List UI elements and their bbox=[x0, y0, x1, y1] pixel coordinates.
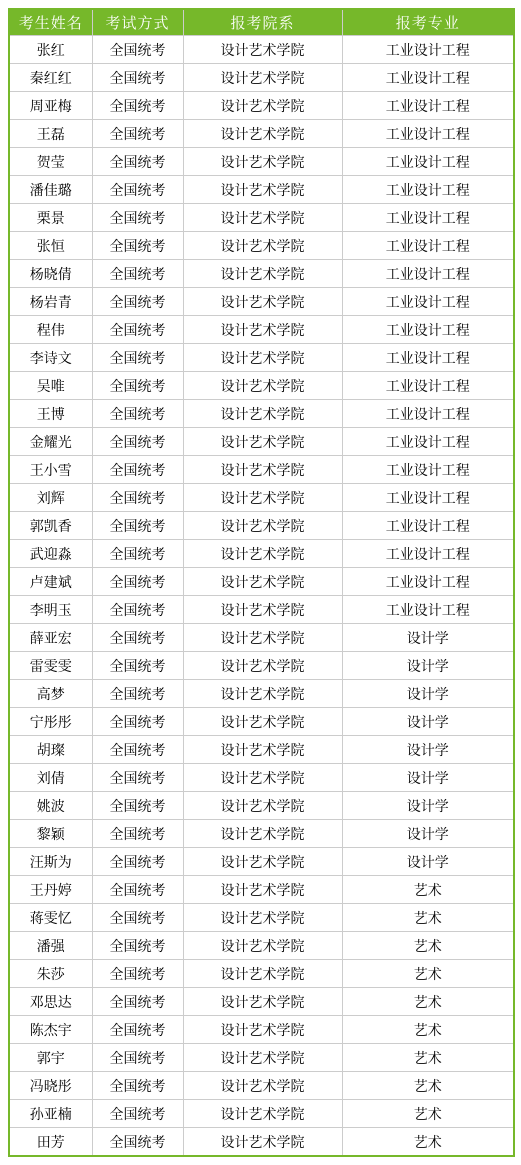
header-department: 报考院系 bbox=[183, 9, 342, 36]
major-cell: 工业设计工程 bbox=[342, 428, 514, 456]
department-cell: 设计艺术学院 bbox=[183, 792, 342, 820]
major-cell: 工业设计工程 bbox=[342, 260, 514, 288]
department-cell: 设计艺术学院 bbox=[183, 372, 342, 400]
candidate-name-cell: 王丹婷 bbox=[9, 876, 92, 904]
exam-method-cell: 全国统考 bbox=[92, 1016, 183, 1044]
major-cell: 工业设计工程 bbox=[342, 344, 514, 372]
major-cell: 工业设计工程 bbox=[342, 288, 514, 316]
table-row: 雷雯雯全国统考设计艺术学院设计学 bbox=[9, 652, 514, 680]
major-cell: 工业设计工程 bbox=[342, 568, 514, 596]
exam-method-cell: 全国统考 bbox=[92, 792, 183, 820]
candidate-name-cell: 郭宇 bbox=[9, 1044, 92, 1072]
exam-method-cell: 全国统考 bbox=[92, 876, 183, 904]
department-cell: 设计艺术学院 bbox=[183, 1072, 342, 1100]
exam-method-cell: 全国统考 bbox=[92, 232, 183, 260]
major-cell: 工业设计工程 bbox=[342, 36, 514, 64]
table-row: 张恒全国统考设计艺术学院工业设计工程 bbox=[9, 232, 514, 260]
major-cell: 工业设计工程 bbox=[342, 456, 514, 484]
candidate-name-cell: 雷雯雯 bbox=[9, 652, 92, 680]
department-cell: 设计艺术学院 bbox=[183, 344, 342, 372]
department-cell: 设计艺术学院 bbox=[183, 848, 342, 876]
exam-method-cell: 全国统考 bbox=[92, 260, 183, 288]
candidate-name-cell: 潘强 bbox=[9, 932, 92, 960]
table-row: 刘辉全国统考设计艺术学院工业设计工程 bbox=[9, 484, 514, 512]
table-row: 胡璨全国统考设计艺术学院设计学 bbox=[9, 736, 514, 764]
department-cell: 设计艺术学院 bbox=[183, 820, 342, 848]
table-row: 栗景全国统考设计艺术学院工业设计工程 bbox=[9, 204, 514, 232]
department-cell: 设计艺术学院 bbox=[183, 148, 342, 176]
major-cell: 艺术 bbox=[342, 904, 514, 932]
exam-method-cell: 全国统考 bbox=[92, 960, 183, 988]
candidate-name-cell: 刘倩 bbox=[9, 764, 92, 792]
exam-method-cell: 全国统考 bbox=[92, 736, 183, 764]
department-cell: 设计艺术学院 bbox=[183, 316, 342, 344]
candidate-name-cell: 李明玉 bbox=[9, 596, 92, 624]
table-row: 李明玉全国统考设计艺术学院工业设计工程 bbox=[9, 596, 514, 624]
major-cell: 设计学 bbox=[342, 792, 514, 820]
exam-method-cell: 全国统考 bbox=[92, 64, 183, 92]
candidate-name-cell: 潘佳璐 bbox=[9, 176, 92, 204]
department-cell: 设计艺术学院 bbox=[183, 204, 342, 232]
department-cell: 设计艺术学院 bbox=[183, 232, 342, 260]
table-row: 邓思达全国统考设计艺术学院艺术 bbox=[9, 988, 514, 1016]
candidates-table: 考生姓名 考试方式 报考院系 报考专业 张红全国统考设计艺术学院工业设计工程秦红… bbox=[8, 8, 515, 1157]
exam-method-cell: 全国统考 bbox=[92, 1072, 183, 1100]
table-header: 考生姓名 考试方式 报考院系 报考专业 bbox=[9, 9, 514, 36]
header-row: 考生姓名 考试方式 报考院系 报考专业 bbox=[9, 9, 514, 36]
major-cell: 工业设计工程 bbox=[342, 64, 514, 92]
exam-method-cell: 全国统考 bbox=[92, 344, 183, 372]
exam-method-cell: 全国统考 bbox=[92, 372, 183, 400]
department-cell: 设计艺术学院 bbox=[183, 512, 342, 540]
table-row: 郭凯香全国统考设计艺术学院工业设计工程 bbox=[9, 512, 514, 540]
major-cell: 工业设计工程 bbox=[342, 148, 514, 176]
exam-method-cell: 全国统考 bbox=[92, 820, 183, 848]
table-row: 卢建斌全国统考设计艺术学院工业设计工程 bbox=[9, 568, 514, 596]
candidate-name-cell: 王博 bbox=[9, 400, 92, 428]
candidate-name-cell: 高梦 bbox=[9, 680, 92, 708]
major-cell: 设计学 bbox=[342, 652, 514, 680]
department-cell: 设计艺术学院 bbox=[183, 540, 342, 568]
exam-method-cell: 全国统考 bbox=[92, 988, 183, 1016]
department-cell: 设计艺术学院 bbox=[183, 680, 342, 708]
department-cell: 设计艺术学院 bbox=[183, 176, 342, 204]
header-exam-method: 考试方式 bbox=[92, 9, 183, 36]
department-cell: 设计艺术学院 bbox=[183, 652, 342, 680]
table-row: 武迎淼全国统考设计艺术学院工业设计工程 bbox=[9, 540, 514, 568]
candidate-name-cell: 孙亚楠 bbox=[9, 1100, 92, 1128]
table-row: 高梦全国统考设计艺术学院设计学 bbox=[9, 680, 514, 708]
department-cell: 设计艺术学院 bbox=[183, 568, 342, 596]
table-row: 汪斯为全国统考设计艺术学院设计学 bbox=[9, 848, 514, 876]
major-cell: 设计学 bbox=[342, 848, 514, 876]
candidate-name-cell: 李诗文 bbox=[9, 344, 92, 372]
major-cell: 设计学 bbox=[342, 680, 514, 708]
department-cell: 设计艺术学院 bbox=[183, 960, 342, 988]
major-cell: 工业设计工程 bbox=[342, 484, 514, 512]
table-row: 李诗文全国统考设计艺术学院工业设计工程 bbox=[9, 344, 514, 372]
major-cell: 工业设计工程 bbox=[342, 400, 514, 428]
candidate-name-cell: 蒋雯忆 bbox=[9, 904, 92, 932]
table-row: 王博全国统考设计艺术学院工业设计工程 bbox=[9, 400, 514, 428]
exam-method-cell: 全国统考 bbox=[92, 904, 183, 932]
candidate-name-cell: 陈杰宇 bbox=[9, 1016, 92, 1044]
table-row: 王小雪全国统考设计艺术学院工业设计工程 bbox=[9, 456, 514, 484]
exam-method-cell: 全国统考 bbox=[92, 176, 183, 204]
major-cell: 工业设计工程 bbox=[342, 204, 514, 232]
major-cell: 设计学 bbox=[342, 820, 514, 848]
candidate-name-cell: 宁彤彤 bbox=[9, 708, 92, 736]
candidate-name-cell: 张恒 bbox=[9, 232, 92, 260]
major-cell: 工业设计工程 bbox=[342, 372, 514, 400]
major-cell: 艺术 bbox=[342, 1128, 514, 1157]
exam-method-cell: 全国统考 bbox=[92, 1044, 183, 1072]
table-row: 孙亚楠全国统考设计艺术学院艺术 bbox=[9, 1100, 514, 1128]
department-cell: 设计艺术学院 bbox=[183, 876, 342, 904]
candidate-name-cell: 黎颖 bbox=[9, 820, 92, 848]
department-cell: 设计艺术学院 bbox=[183, 1128, 342, 1157]
department-cell: 设计艺术学院 bbox=[183, 92, 342, 120]
table-row: 金耀光全国统考设计艺术学院工业设计工程 bbox=[9, 428, 514, 456]
department-cell: 设计艺术学院 bbox=[183, 1100, 342, 1128]
table-row: 蒋雯忆全国统考设计艺术学院艺术 bbox=[9, 904, 514, 932]
candidate-name-cell: 贺莹 bbox=[9, 148, 92, 176]
table-row: 朱莎全国统考设计艺术学院艺术 bbox=[9, 960, 514, 988]
candidate-name-cell: 郭凯香 bbox=[9, 512, 92, 540]
department-cell: 设计艺术学院 bbox=[183, 596, 342, 624]
exam-method-cell: 全国统考 bbox=[92, 316, 183, 344]
department-cell: 设计艺术学院 bbox=[183, 400, 342, 428]
exam-method-cell: 全国统考 bbox=[92, 1100, 183, 1128]
candidate-name-cell: 金耀光 bbox=[9, 428, 92, 456]
major-cell: 工业设计工程 bbox=[342, 92, 514, 120]
major-cell: 工业设计工程 bbox=[342, 540, 514, 568]
table-row: 杨岩青全国统考设计艺术学院工业设计工程 bbox=[9, 288, 514, 316]
table-row: 王丹婷全国统考设计艺术学院艺术 bbox=[9, 876, 514, 904]
candidate-name-cell: 吴唯 bbox=[9, 372, 92, 400]
candidate-name-cell: 朱莎 bbox=[9, 960, 92, 988]
department-cell: 设计艺术学院 bbox=[183, 428, 342, 456]
major-cell: 艺术 bbox=[342, 988, 514, 1016]
table-row: 王磊全国统考设计艺术学院工业设计工程 bbox=[9, 120, 514, 148]
candidate-name-cell: 汪斯为 bbox=[9, 848, 92, 876]
table-body: 张红全国统考设计艺术学院工业设计工程秦红红全国统考设计艺术学院工业设计工程周亚梅… bbox=[9, 36, 514, 1157]
candidate-name-cell: 胡璨 bbox=[9, 736, 92, 764]
table-row: 黎颖全国统考设计艺术学院设计学 bbox=[9, 820, 514, 848]
header-candidate-name: 考生姓名 bbox=[9, 9, 92, 36]
department-cell: 设计艺术学院 bbox=[183, 260, 342, 288]
exam-method-cell: 全国统考 bbox=[92, 484, 183, 512]
major-cell: 工业设计工程 bbox=[342, 596, 514, 624]
candidate-name-cell: 杨岩青 bbox=[9, 288, 92, 316]
candidate-name-cell: 邓思达 bbox=[9, 988, 92, 1016]
table-row: 程伟全国统考设计艺术学院工业设计工程 bbox=[9, 316, 514, 344]
exam-method-cell: 全国统考 bbox=[92, 708, 183, 736]
exam-method-cell: 全国统考 bbox=[92, 512, 183, 540]
exam-method-cell: 全国统考 bbox=[92, 288, 183, 316]
department-cell: 设计艺术学院 bbox=[183, 36, 342, 64]
candidate-name-cell: 张红 bbox=[9, 36, 92, 64]
candidate-name-cell: 姚波 bbox=[9, 792, 92, 820]
candidate-name-cell: 王磊 bbox=[9, 120, 92, 148]
exam-method-cell: 全国统考 bbox=[92, 204, 183, 232]
department-cell: 设计艺术学院 bbox=[183, 904, 342, 932]
exam-method-cell: 全国统考 bbox=[92, 624, 183, 652]
department-cell: 设计艺术学院 bbox=[183, 1016, 342, 1044]
exam-method-cell: 全国统考 bbox=[92, 92, 183, 120]
table-row: 薛亚宏全国统考设计艺术学院设计学 bbox=[9, 624, 514, 652]
major-cell: 艺术 bbox=[342, 876, 514, 904]
candidate-name-cell: 王小雪 bbox=[9, 456, 92, 484]
department-cell: 设计艺术学院 bbox=[183, 288, 342, 316]
major-cell: 艺术 bbox=[342, 1072, 514, 1100]
table-row: 潘佳璐全国统考设计艺术学院工业设计工程 bbox=[9, 176, 514, 204]
table-row: 潘强全国统考设计艺术学院艺术 bbox=[9, 932, 514, 960]
department-cell: 设计艺术学院 bbox=[183, 484, 342, 512]
department-cell: 设计艺术学院 bbox=[183, 736, 342, 764]
exam-method-cell: 全国统考 bbox=[92, 652, 183, 680]
exam-method-cell: 全国统考 bbox=[92, 400, 183, 428]
table-row: 冯晓彤全国统考设计艺术学院艺术 bbox=[9, 1072, 514, 1100]
major-cell: 工业设计工程 bbox=[342, 176, 514, 204]
major-cell: 工业设计工程 bbox=[342, 232, 514, 260]
exam-method-cell: 全国统考 bbox=[92, 148, 183, 176]
major-cell: 设计学 bbox=[342, 708, 514, 736]
candidate-name-cell: 秦红红 bbox=[9, 64, 92, 92]
department-cell: 设计艺术学院 bbox=[183, 932, 342, 960]
major-cell: 工业设计工程 bbox=[342, 512, 514, 540]
table-row: 姚波全国统考设计艺术学院设计学 bbox=[9, 792, 514, 820]
table-row: 秦红红全国统考设计艺术学院工业设计工程 bbox=[9, 64, 514, 92]
major-cell: 设计学 bbox=[342, 736, 514, 764]
department-cell: 设计艺术学院 bbox=[183, 1044, 342, 1072]
major-cell: 艺术 bbox=[342, 1044, 514, 1072]
department-cell: 设计艺术学院 bbox=[183, 708, 342, 736]
exam-method-cell: 全国统考 bbox=[92, 36, 183, 64]
department-cell: 设计艺术学院 bbox=[183, 456, 342, 484]
exam-method-cell: 全国统考 bbox=[92, 540, 183, 568]
department-cell: 设计艺术学院 bbox=[183, 764, 342, 792]
table-row: 周亚梅全国统考设计艺术学院工业设计工程 bbox=[9, 92, 514, 120]
exam-method-cell: 全国统考 bbox=[92, 120, 183, 148]
major-cell: 艺术 bbox=[342, 1100, 514, 1128]
exam-method-cell: 全国统考 bbox=[92, 680, 183, 708]
department-cell: 设计艺术学院 bbox=[183, 988, 342, 1016]
candidate-name-cell: 薛亚宏 bbox=[9, 624, 92, 652]
candidate-name-cell: 周亚梅 bbox=[9, 92, 92, 120]
candidate-name-cell: 武迎淼 bbox=[9, 540, 92, 568]
major-cell: 设计学 bbox=[342, 624, 514, 652]
department-cell: 设计艺术学院 bbox=[183, 624, 342, 652]
exam-method-cell: 全国统考 bbox=[92, 764, 183, 792]
candidate-name-cell: 田芳 bbox=[9, 1128, 92, 1157]
table-row: 陈杰宇全国统考设计艺术学院艺术 bbox=[9, 1016, 514, 1044]
exam-method-cell: 全国统考 bbox=[92, 1128, 183, 1157]
major-cell: 工业设计工程 bbox=[342, 120, 514, 148]
table-row: 贺莹全国统考设计艺术学院工业设计工程 bbox=[9, 148, 514, 176]
candidate-name-cell: 程伟 bbox=[9, 316, 92, 344]
exam-method-cell: 全国统考 bbox=[92, 428, 183, 456]
exam-method-cell: 全国统考 bbox=[92, 456, 183, 484]
candidate-name-cell: 冯晓彤 bbox=[9, 1072, 92, 1100]
major-cell: 工业设计工程 bbox=[342, 316, 514, 344]
exam-method-cell: 全国统考 bbox=[92, 568, 183, 596]
major-cell: 艺术 bbox=[342, 960, 514, 988]
major-cell: 设计学 bbox=[342, 764, 514, 792]
major-cell: 艺术 bbox=[342, 932, 514, 960]
header-major: 报考专业 bbox=[342, 9, 514, 36]
table-row: 田芳全国统考设计艺术学院艺术 bbox=[9, 1128, 514, 1157]
department-cell: 设计艺术学院 bbox=[183, 120, 342, 148]
department-cell: 设计艺术学院 bbox=[183, 64, 342, 92]
table-row: 张红全国统考设计艺术学院工业设计工程 bbox=[9, 36, 514, 64]
table-row: 刘倩全国统考设计艺术学院设计学 bbox=[9, 764, 514, 792]
candidate-name-cell: 刘辉 bbox=[9, 484, 92, 512]
exam-method-cell: 全国统考 bbox=[92, 596, 183, 624]
exam-method-cell: 全国统考 bbox=[92, 848, 183, 876]
exam-method-cell: 全国统考 bbox=[92, 932, 183, 960]
candidate-name-cell: 栗景 bbox=[9, 204, 92, 232]
candidate-name-cell: 卢建斌 bbox=[9, 568, 92, 596]
table-row: 杨晓倩全国统考设计艺术学院工业设计工程 bbox=[9, 260, 514, 288]
candidate-name-cell: 杨晓倩 bbox=[9, 260, 92, 288]
major-cell: 艺术 bbox=[342, 1016, 514, 1044]
table-row: 宁彤彤全国统考设计艺术学院设计学 bbox=[9, 708, 514, 736]
table-row: 郭宇全国统考设计艺术学院艺术 bbox=[9, 1044, 514, 1072]
table-row: 吴唯全国统考设计艺术学院工业设计工程 bbox=[9, 372, 514, 400]
page: 考生姓名 考试方式 报考院系 报考专业 张红全国统考设计艺术学院工业设计工程秦红… bbox=[0, 0, 521, 1165]
